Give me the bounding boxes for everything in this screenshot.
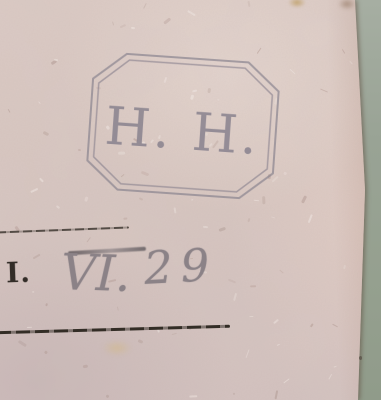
paper-fleck [219,227,226,232]
paper-fleck [308,214,313,223]
printed-numeral: I. [5,256,31,290]
paper-fleck [247,1,250,7]
paper-fleck [112,22,114,26]
paper-fleck [45,303,48,307]
paper-fleck [27,327,32,328]
paper-fleck [301,195,307,204]
paper-fleck [143,3,147,9]
paper-fleck [33,253,41,259]
paper-fleck [202,226,207,228]
paper-fleck [276,344,279,346]
paper-fleck [187,10,195,16]
paper-fleck [245,349,249,358]
paper-fleck [138,339,144,344]
paper-fleck [349,60,352,64]
paper-fleck [310,323,314,327]
paper-fleck [78,149,81,151]
handwritten-number: 29 [143,238,219,295]
paper-fleck [30,188,38,193]
paper-fleck [55,205,59,209]
paper-fleck [247,218,250,222]
paper-fleck [232,393,235,396]
paper-fleck [250,284,256,287]
paper-fleck [18,340,27,347]
paper-fleck [343,264,346,268]
paper-stain [288,0,306,8]
stamp-monogram: H. H. [103,97,262,168]
paper-edge-smudge [338,0,356,10]
paper-stain [102,340,132,356]
paper-fleck [117,307,119,311]
paper-fleck [172,332,177,335]
paper-fleck [163,17,171,24]
paper-fleck [123,218,128,220]
printed-rule-top [0,226,129,233]
paper-fleck [130,27,134,30]
paper-fleck [7,109,10,113]
paper-fleck [32,291,35,294]
paper-fleck [342,49,346,54]
paper-fleck [190,199,192,201]
paper-fleck [173,207,176,213]
photographed-page: H. H. I. VI. 29 [0,0,381,400]
paper-fleck [283,171,287,175]
paper-fleck [249,316,253,317]
paper-fleck [334,366,337,368]
paper-fleck [120,23,126,27]
paper-fleck [138,198,143,202]
paper-fleck [84,196,88,202]
paper-fleck [233,293,237,301]
paper-shadow-wrap: H. H. I. VI. 29 [0,0,381,400]
printed-rule-bottom [0,325,230,335]
paper-fleck [39,177,44,182]
paper-fleck [38,101,40,104]
paper-fleck [83,364,88,368]
paper-fleck [189,394,197,397]
paper-fleck [228,279,236,284]
paper-fleck [257,48,262,54]
paper-fleck [273,319,279,324]
paper-fleck [105,394,109,398]
paper-fleck [45,350,49,354]
paper-sheet: H. H. I. VI. 29 [0,0,381,400]
paper-fleck [283,378,289,383]
paper-fleck [275,390,278,399]
paper-fleck [290,69,296,74]
paper-fleck [270,217,275,219]
paper-fleck [320,88,328,92]
paper-fleck [42,131,48,136]
paper-fleck [86,237,90,242]
paper-fleck [280,270,284,274]
owner-stamp: H. H. [84,51,281,202]
edge-speck [359,356,362,360]
handwritten-roman-numeral: VI. [60,243,132,303]
paper-fleck [328,374,332,380]
paper-fleck [332,324,338,328]
